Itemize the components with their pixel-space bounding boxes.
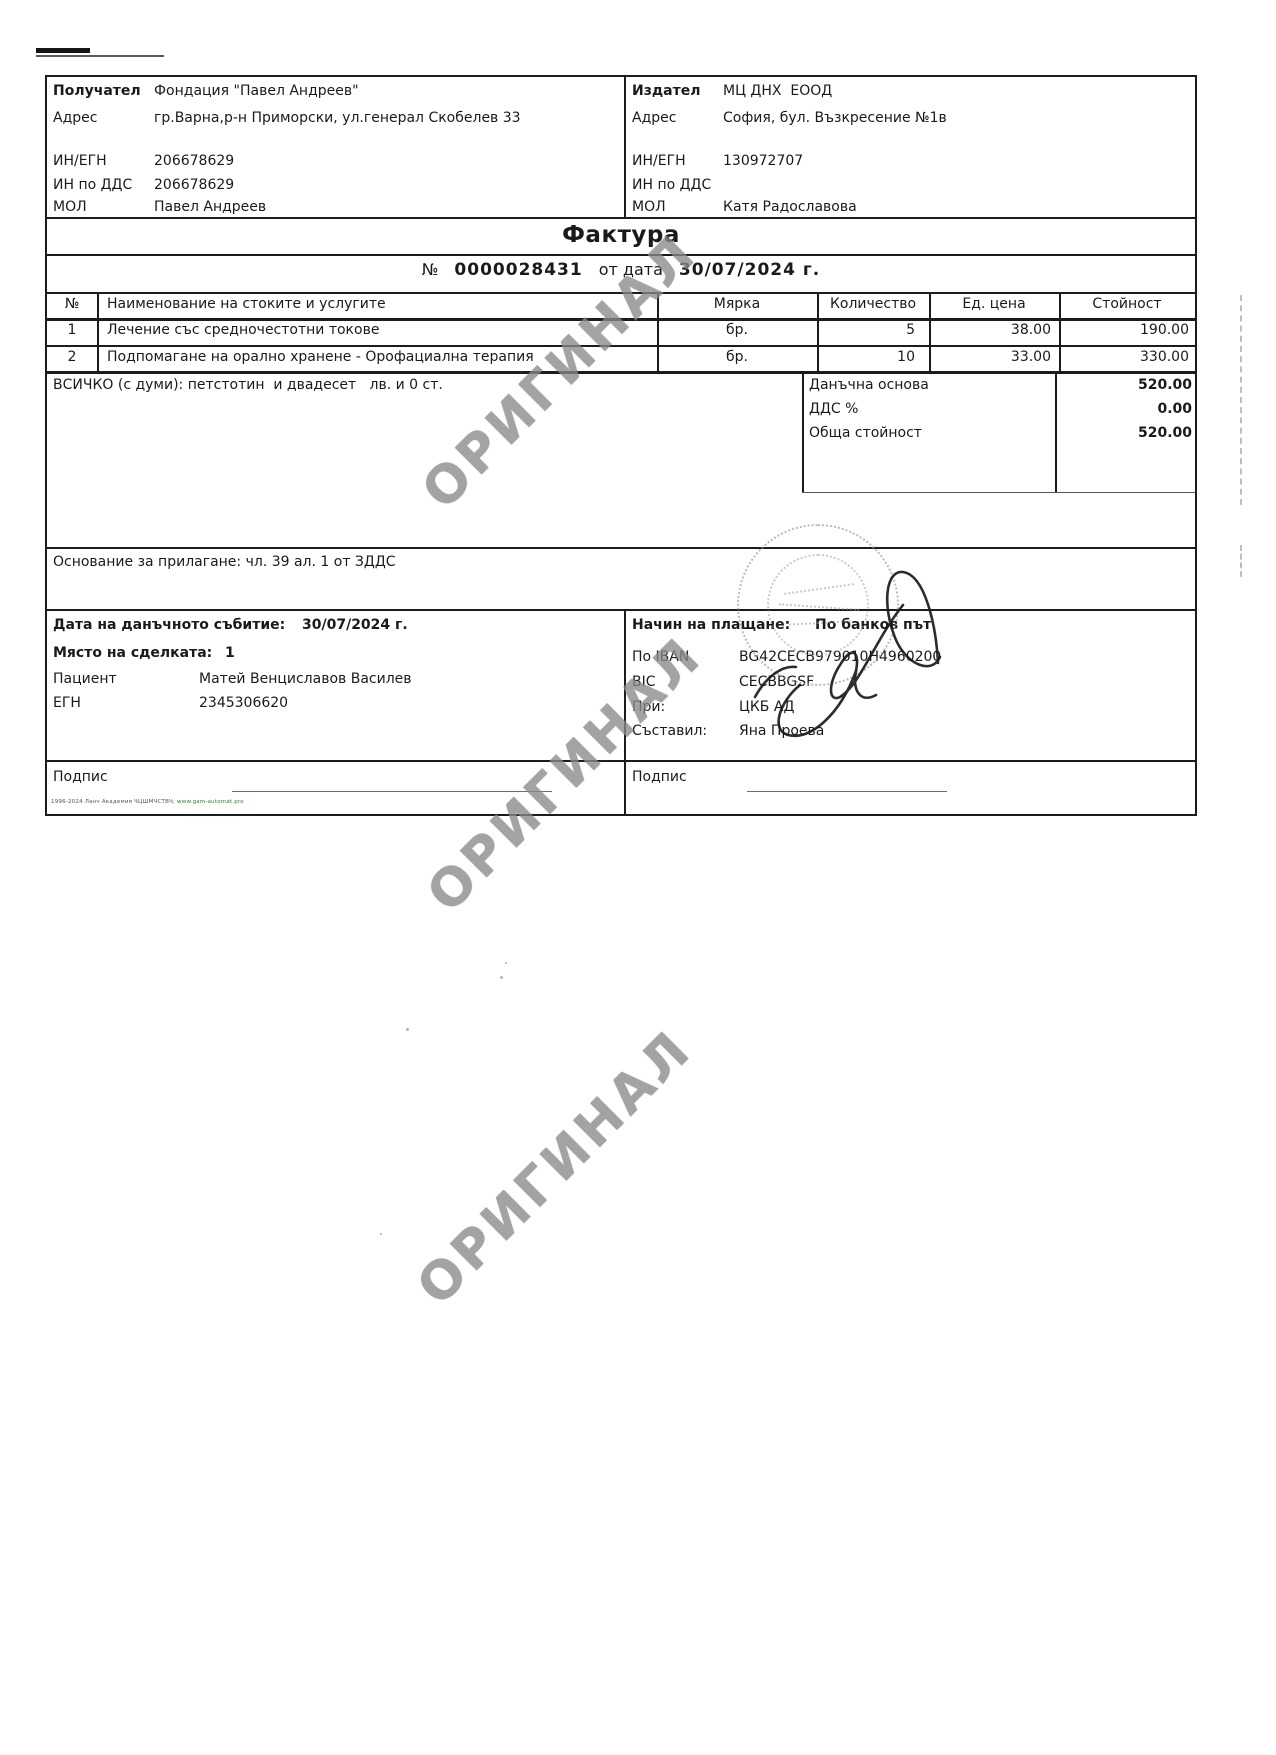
col-header-no: № [47, 296, 97, 314]
issuer-label: Издател [632, 83, 700, 101]
row1-unit: бр. [657, 322, 817, 340]
totals-box-line [1055, 371, 1057, 492]
col-header-amount: Стойност [1059, 296, 1195, 314]
issuer-mol-label: МОЛ [632, 199, 666, 217]
grand-total-value: 520.00 [1059, 425, 1192, 443]
handwritten-signature [700, 545, 980, 760]
recipient-mol-label: МОЛ [53, 199, 87, 217]
row2-price: 33.00 [929, 349, 1051, 367]
row1-qty: 5 [817, 322, 915, 340]
fine-print-text: 1996-2024 Ланч Академия ЧЦШМЧСТВЧ; [51, 799, 175, 805]
egn-label: ЕГН [53, 695, 81, 713]
watermark-original-3: ОРИГИНАЛ [392, 1005, 717, 1330]
invoice-number-label: № [422, 260, 439, 279]
vat-percent-label: ДДС % [809, 401, 858, 419]
signature-right-label: Подпис [632, 769, 687, 787]
totals-box-line [802, 371, 804, 492]
scan-speck [500, 976, 503, 979]
row2-name: Подпомагане на орално хранене - Орофациа… [107, 349, 534, 367]
row1-price: 38.00 [929, 322, 1051, 340]
issuer-address-label: Адрес [632, 110, 676, 128]
row1-name: Лечение със средночестотни токове [107, 322, 379, 340]
signature-right-line [747, 791, 947, 792]
fine-print-link: www.gam-automat.pro [177, 799, 244, 805]
row1-no: 1 [47, 322, 97, 340]
scanned-invoice-page: Получател Фондация "Павел Андреев" Адрес… [0, 0, 1276, 1755]
divider-line [47, 547, 1195, 549]
signature-left-label: Подпис [53, 769, 108, 787]
divider-line [47, 609, 1195, 611]
invoice-number: 0000028431 [454, 260, 582, 280]
recipient-address: гр.Варна,р-н Приморски, ул.генерал Скобе… [154, 110, 521, 128]
place-label: Място на сделката: [53, 645, 212, 663]
egn-value: 2345306620 [199, 695, 288, 713]
col-header-name: Наименование на стоките и услугите [107, 296, 386, 314]
col-header-unit: Мярка [657, 296, 817, 314]
total-in-words: ВСИЧКО (с думи): петстотин и двадесет лв… [53, 377, 443, 395]
recipient-label: Получател [53, 83, 141, 101]
issuer-id: 130972707 [723, 153, 803, 171]
tax-base-value: 520.00 [1059, 377, 1192, 395]
row1-amount: 190.00 [1059, 322, 1189, 340]
recipient-name: Фондация "Павел Андреев" [154, 83, 359, 101]
issuer-vat-label: ИН по ДДС [632, 177, 711, 195]
row2-qty: 10 [817, 349, 915, 367]
tax-event-label: Дата на данъчното събитие: [53, 617, 285, 635]
row2-unit: бр. [657, 349, 817, 367]
totals-box-bottom [802, 492, 1195, 493]
recipient-mol: Павел Андреев [154, 199, 266, 217]
issuer-address: София, бул. Възкресение №1в [723, 110, 947, 128]
place-value: 1 [225, 645, 235, 663]
recipient-id: 206678629 [154, 153, 234, 171]
recipient-vat-label: ИН по ДДС [53, 177, 132, 195]
grand-total-label: Обща стойност [809, 425, 922, 443]
row2-no: 2 [47, 349, 97, 367]
scan-speck [505, 962, 507, 964]
invoice-title: Фактура [47, 222, 1195, 248]
tax-base-label: Данъчна основа [809, 377, 929, 395]
legal-basis-text: Основание за прилагане: чл. 39 ал. 1 от … [53, 554, 396, 572]
recipient-vat: 206678629 [154, 177, 234, 195]
issuer-mol: Катя Радославова [723, 199, 857, 217]
divider-line [47, 217, 1195, 219]
issuer-name: МЦ ДНХ ЕООД [723, 83, 832, 101]
table-col-line [97, 292, 99, 371]
scan-speck [380, 1233, 382, 1235]
issuer-id-label: ИН/ЕГН [632, 153, 686, 171]
col-header-price: Ед. цена [929, 296, 1059, 314]
recipient-id-label: ИН/ЕГН [53, 153, 107, 171]
table-bottom-border [47, 371, 1195, 374]
header-divider [624, 77, 626, 217]
tax-event-date: 30/07/2024 г. [302, 617, 408, 635]
scan-dash-line [1240, 545, 1242, 577]
scan-mark-icon [36, 48, 90, 53]
scan-dash-line [1240, 295, 1242, 505]
scan-speck [406, 1028, 409, 1031]
recipient-address-label: Адрес [53, 110, 97, 128]
scan-mark-line [36, 55, 164, 57]
software-fine-print: 1996-2024 Ланч Академия ЧЦШМЧСТВЧ; www.g… [51, 799, 244, 805]
col-header-qty: Количество [817, 296, 929, 314]
divider-line [47, 254, 1195, 256]
row2-amount: 330.00 [1059, 349, 1189, 367]
vat-percent-value: 0.00 [1059, 401, 1192, 419]
patient-label: Пациент [53, 671, 117, 689]
patient-name: Матей Венциславов Василев [199, 671, 412, 689]
